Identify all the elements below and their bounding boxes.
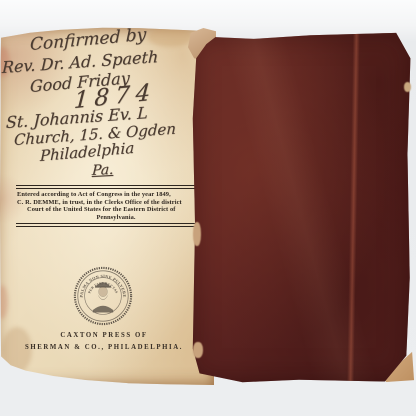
seal-bust-figure xyxy=(93,282,113,312)
cover-edge-wear xyxy=(193,222,201,246)
copyright-notice: Entered according to Act of Congress in … xyxy=(16,185,216,227)
imprint-line: CAXTON PRESS OF xyxy=(16,330,192,342)
paper-wear-spot xyxy=(0,285,8,319)
paper-wear-spot xyxy=(148,27,192,47)
copyright-line: Pennsylvania. xyxy=(17,214,215,222)
handwriting-line: Pa. xyxy=(92,162,114,179)
maroon-book-cover xyxy=(186,30,412,384)
caxton-imprint: CAXTON PRESS OF SHERMAN & CO., PHILADELP… xyxy=(16,330,192,354)
copyright-line: C. R. DEMME, in trust, in the Clerks Off… xyxy=(17,199,215,207)
cover-edge-wear xyxy=(193,342,203,358)
copyright-line: Court of the United States for the Easte… xyxy=(17,206,215,214)
photo-of-antique-booklet: Confirmed by Rev. Dr. Ad. Spaeth Good Fr… xyxy=(0,0,416,416)
caxton-press-seal-icon: PALMA NON SINE PULVERE PER VIAS RECTAS xyxy=(72,265,134,327)
cover-crease-line xyxy=(347,30,360,384)
left-page: Confirmed by Rev. Dr. Ad. Spaeth Good Fr… xyxy=(0,27,214,385)
cover-edge-wear xyxy=(404,82,411,92)
imprint-line: SHERMAN & CO., PHILADELPHIA. xyxy=(16,342,192,354)
copyright-line: Entered according to Act of Congress in … xyxy=(17,191,215,199)
